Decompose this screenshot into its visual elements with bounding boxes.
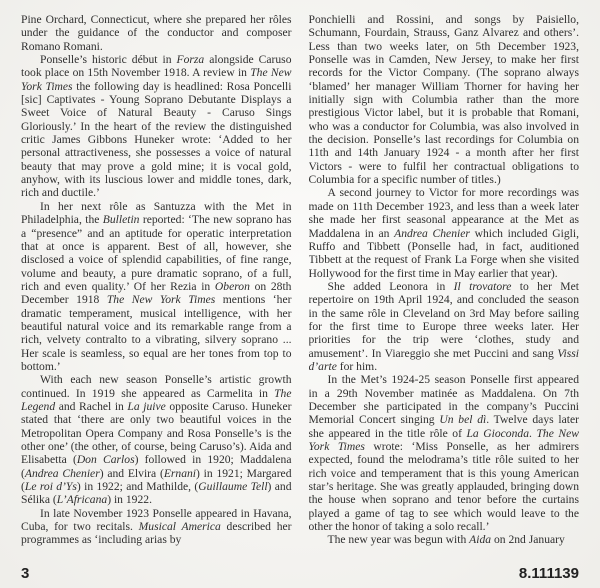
italic-text-run: Bulletin bbox=[103, 213, 140, 226]
italic-text-run: Aida bbox=[469, 533, 491, 546]
left-column: Pine Orchard, Connecticut, where she pre… bbox=[21, 13, 292, 565]
italic-text-run: Il trovatore bbox=[454, 280, 512, 293]
text-run: The new year was begun with bbox=[328, 533, 470, 546]
page-footer: 3 8.111139 bbox=[21, 565, 579, 582]
italic-text-run: Andrea Chenier bbox=[394, 227, 470, 240]
italic-text-run: Un bel dì bbox=[439, 413, 486, 426]
booklet-page: Pine Orchard, Connecticut, where she pre… bbox=[0, 0, 600, 588]
paragraph: With each new season Ponselle’s artistic… bbox=[21, 373, 292, 506]
paragraph: In her next rôle as Santuzza with the Me… bbox=[21, 200, 292, 373]
text-run: the following day is headlined: Rosa Pon… bbox=[21, 80, 292, 200]
paragraph: Ponselle’s historic début in Forza along… bbox=[21, 53, 292, 200]
text-run: for him. bbox=[337, 360, 377, 373]
text-run: She added Leonora in bbox=[328, 280, 454, 293]
text-run: Pine Orchard, Connecticut, where she pre… bbox=[21, 13, 292, 53]
italic-text-run: Forza bbox=[177, 53, 205, 66]
italic-text-run: La Gioconda bbox=[466, 427, 529, 440]
text-run: With each new season Ponselle’s artistic… bbox=[21, 373, 292, 399]
right-column: Ponchielli and Rossini, and songs by Pai… bbox=[309, 13, 580, 565]
italic-text-run: Andrea Chenier bbox=[25, 467, 100, 480]
italic-text-run: Guillaume Tell bbox=[198, 480, 267, 493]
italic-text-run: La juive bbox=[127, 400, 165, 413]
text-run: wrote: ‘Miss Ponselle, as her admirers e… bbox=[309, 440, 580, 533]
text-run: Ponselle’s historic début in bbox=[40, 53, 177, 66]
catalog-number: 8.111139 bbox=[519, 565, 579, 582]
paragraph: A second journey to Victor for more reco… bbox=[309, 186, 580, 279]
text-run: ) in 1922; and Mathilde, ( bbox=[77, 480, 198, 493]
paragraph: In late November 1923 Ponselle appeared … bbox=[21, 507, 292, 547]
text-run: ) and Elvira ( bbox=[100, 467, 164, 480]
italic-text-run: Le roi d’Ys bbox=[25, 480, 77, 493]
italic-text-run: Ernani bbox=[164, 467, 196, 480]
paragraph: She added Leonora in Il trovatore to her… bbox=[309, 280, 580, 373]
italic-text-run: Don Carlos bbox=[77, 453, 135, 466]
text-columns: Pine Orchard, Connecticut, where she pre… bbox=[0, 0, 600, 565]
paragraph: The new year was begun with Aida on 2nd … bbox=[309, 533, 580, 546]
text-run: ) in 1922. bbox=[107, 493, 152, 506]
text-run: on 2nd January bbox=[491, 533, 565, 546]
text-run: and Rachel in bbox=[55, 400, 127, 413]
paragraph: Pine Orchard, Connecticut, where she pre… bbox=[21, 13, 292, 53]
italic-text-run: Oberon bbox=[215, 280, 250, 293]
page-number: 3 bbox=[21, 565, 29, 582]
italic-text-run: The New York Times bbox=[107, 293, 215, 306]
paragraph: In the Met’s 1924-25 season Ponselle fir… bbox=[309, 373, 580, 533]
paragraph: Ponchielli and Rossini, and songs by Pai… bbox=[309, 13, 580, 186]
text-run: Ponchielli and Rossini, and songs by Pai… bbox=[309, 13, 580, 186]
italic-text-run: L’Africana bbox=[57, 493, 107, 506]
italic-text-run: Musical America bbox=[139, 520, 221, 533]
